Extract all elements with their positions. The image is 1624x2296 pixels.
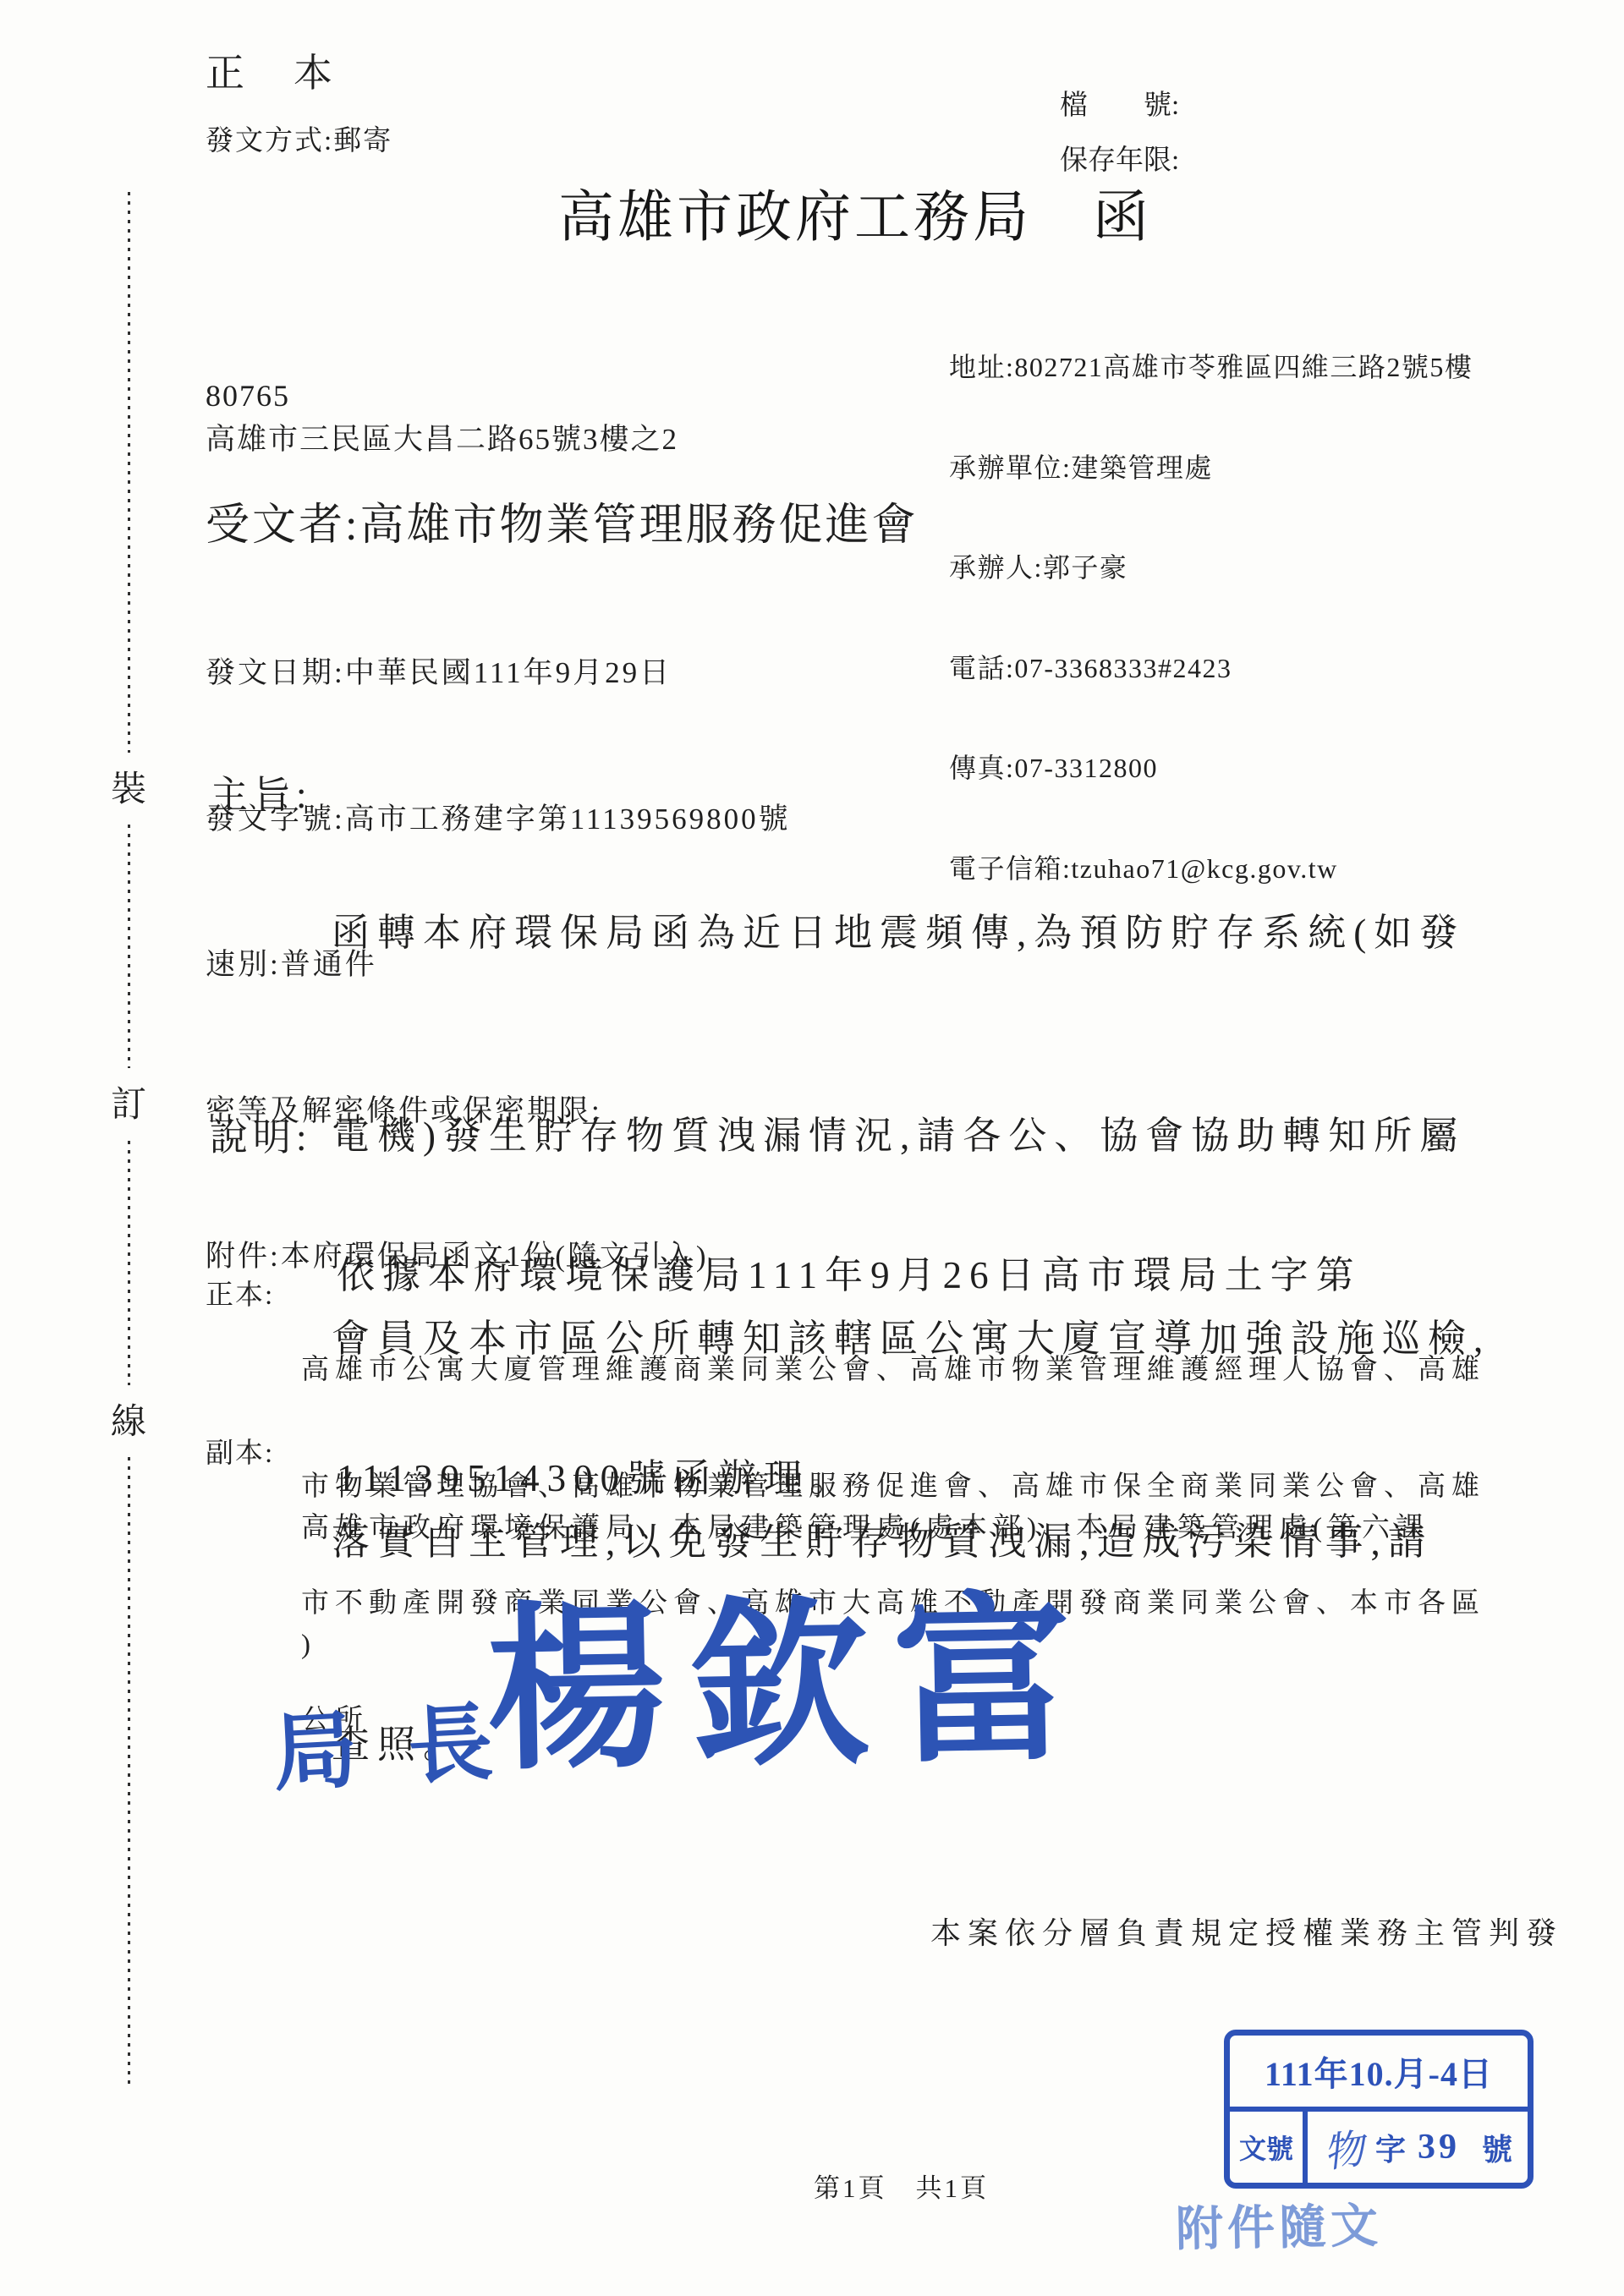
file-number-label: 檔 號: — [1060, 83, 1179, 123]
original-recipients-line: 高雄市公寓大廈管理維護商業同業公會、高雄市物業管理維護經理人協會、高雄 — [301, 1351, 1485, 1389]
authorization-note: 本案依分層負責規定授權業務主管判發 — [930, 1910, 1563, 1953]
copy-type-label: 正 本 — [206, 42, 337, 98]
binding-char-ding: 訂 — [110, 1068, 147, 1136]
stamp-number-row: 文號 物 字 39 號 — [1230, 2112, 1528, 2183]
attachment-follows-stamp: 附件隨文 — [1175, 2189, 1382, 2260]
received-date-stamp: 111年10.月-4日 文號 物 字 39 號 — [1224, 2030, 1533, 2189]
copy-recipients-label: 副本: — [206, 1431, 274, 1471]
issuing-agency: 高雄市政府工務局 — [558, 172, 1032, 252]
agency-contact-person: 承辦人:郭子豪 — [949, 551, 1473, 585]
stamp-number: 39 — [1418, 2127, 1460, 2167]
subject-label: 主旨: — [210, 764, 312, 819]
stamp-doc-no-value: 物 字 39 號 — [1308, 2112, 1528, 2183]
original-recipients-label: 正本: — [206, 1273, 274, 1312]
delivery-method: 發文方式:郵寄 — [206, 118, 392, 158]
explanation-label: 說明: — [210, 1106, 312, 1161]
agency-address: 地址:802721高雄市苓雅區四維三路2號5樓 — [949, 351, 1473, 385]
binding-char-xian: 線 — [110, 1385, 147, 1453]
stamp-date: 111年10.月-4日 — [1230, 2036, 1528, 2112]
stamp-suffix-char: 號 — [1482, 2126, 1512, 2169]
document-title: 高雄市政府工務局 函 — [558, 172, 1152, 252]
agency-unit: 承辦單位:建築管理處 — [949, 452, 1473, 485]
subject-line: 函轉本府環保局函為近日地震頻傳,為預防貯存系統(如發 — [332, 899, 1490, 967]
stamp-doc-no-label: 文號 — [1230, 2112, 1308, 2183]
stamp-handwritten-char: 物 — [1319, 2115, 1367, 2178]
recipient-street-address: 高雄市三民區大昌二路65號3樓之2 — [206, 416, 678, 458]
document-page: 裝 訂 線 正 本 發文方式:郵寄 檔 號: 保存年限: 高雄市政府工務局 函 … — [0, 0, 1624, 2296]
stamp-series-char: 字 — [1375, 2126, 1406, 2169]
recipient-postal-code: 80765 — [206, 378, 290, 414]
issue-date: 發文日期:中華民國111年9月29日 — [206, 649, 791, 698]
recipient-line: 受文者:高雄市物業管理服務促進會 — [206, 489, 918, 552]
agency-phone: 電話:07-3368333#2423 — [949, 652, 1473, 686]
binding-char-zhuang: 裝 — [110, 753, 147, 820]
director-signature: 楊欽富 — [484, 1536, 1097, 1805]
binding-dotted-line — [128, 192, 130, 2087]
page-number: 第1頁 共1頁 — [814, 2167, 989, 2205]
document-type: 函 — [1093, 172, 1152, 252]
